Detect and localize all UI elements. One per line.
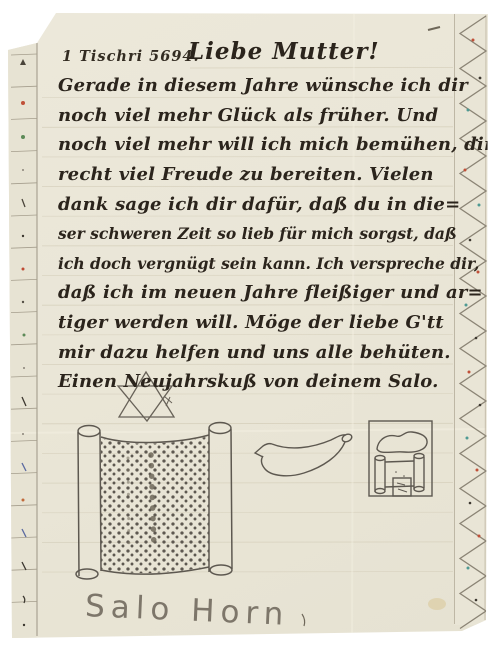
letter-line: tiger werden will. Möge der liebe G'tt: [58, 308, 493, 338]
framed-shofar-torah-drawing: [369, 421, 432, 496]
letter-line: ser schweren Zeit so lieb für mich sorgs…: [58, 219, 493, 249]
shofar-drawing: [255, 433, 353, 476]
letter-paper: 1 Tischri 5694. Liebe Mutter! Gerade in …: [0, 0, 493, 648]
letter-line: dank sage ich dir dafür, daß du in die=: [58, 190, 493, 220]
letter-line: noch viel mehr will ich mich bemühen, di…: [58, 130, 493, 160]
letter-line: recht viel Freude zu bereiten. Vielen: [58, 160, 493, 190]
photograph-of-letter: 1 Tischri 5694. Liebe Mutter! Gerade in …: [0, 0, 493, 648]
torah-scroll-drawing: [76, 423, 232, 580]
letter-salutation: Liebe Mutter!: [188, 38, 380, 65]
letter-line: Einen Neujahrskuß von deinem Salo.: [58, 367, 493, 397]
letter-body: Gerade in diesem Jahre wünsche ich dir n…: [58, 71, 493, 397]
letter-line: ich doch vergnügt sein kann. Ich verspre…: [58, 249, 493, 279]
letter-date: 1 Tischri 5694.: [62, 48, 200, 65]
paper-stain: [428, 598, 446, 610]
left-strip-marks: [20, 59, 26, 626]
letter-line: noch viel mehr Glück als früher. Und: [58, 101, 493, 131]
letter-line: Gerade in diesem Jahre wünsche ich dir: [58, 71, 493, 101]
letter-line: daß ich im neuen Jahre fleißiger und ar=: [58, 278, 493, 308]
letter-line: mir dazu helfen und uns alle behüten.: [58, 338, 493, 368]
